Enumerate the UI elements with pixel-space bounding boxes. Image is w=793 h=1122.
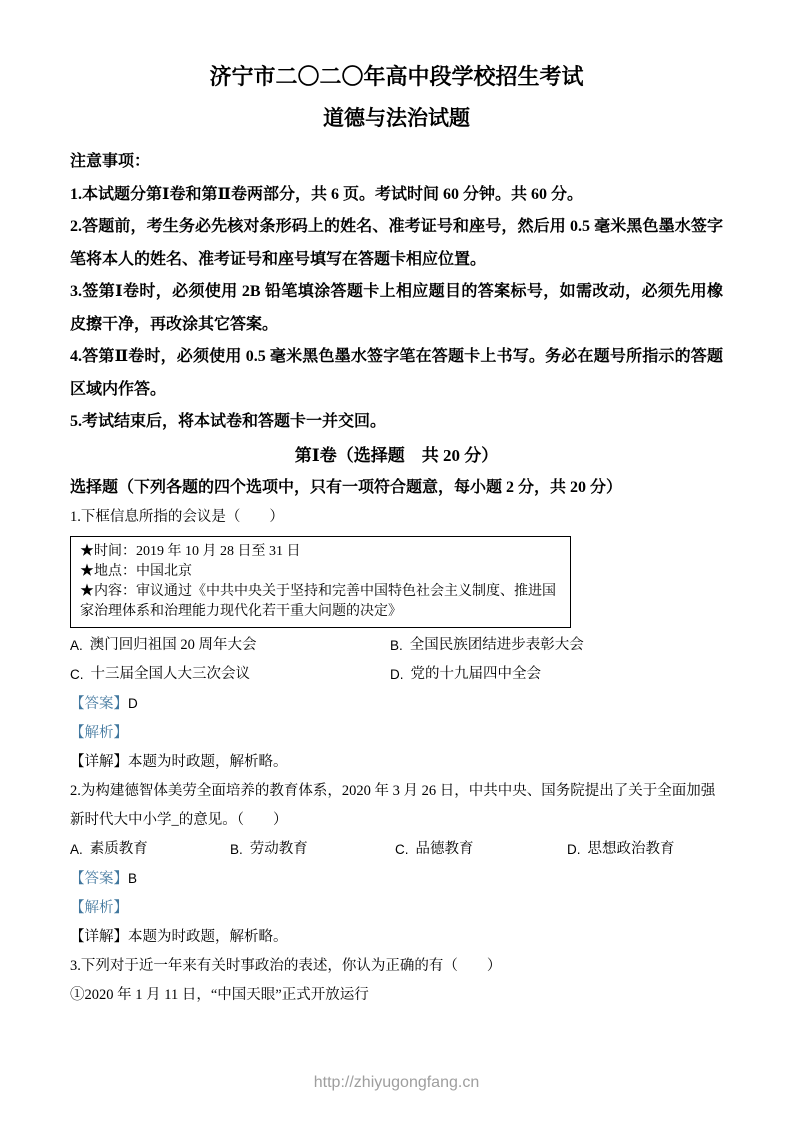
question-2-analysis-line: 【解析】 [70,894,723,923]
option-d: D. 党的十九届四中全会 [390,660,541,689]
answer-value: D [128,696,138,711]
option-a: A. 素质教育 [70,835,230,864]
question-1-analysis-line: 【解析】 [70,719,723,748]
option-b: B. 全国民族团结进步表彰大会 [390,631,584,660]
option-c-text: 品德教育 [416,835,474,864]
option-a-label: A. [70,631,83,660]
option-b-label: B. [390,631,403,660]
notice-item-4: 4.答第Ⅱ卷时，必须使用 0.5 毫米黑色墨水签字笔在答题卡上书写。务必在题号所… [70,341,723,406]
question-1-answer-line: 【答案】D [70,689,723,719]
page-subtitle: 道德与法治试题 [70,104,723,132]
option-b-label: B. [230,835,243,864]
answer-label: 【答案】 [70,871,128,887]
detail-label: 【详解】 [70,754,128,770]
option-d-label: D. [390,660,404,689]
analysis-label: 【解析】 [70,725,128,741]
option-d: D. 思想政治教育 [567,835,675,864]
notice-item-5: 5.考试结束后，将本试卷和答题卡一并交回。 [70,406,723,439]
question-1-options-row-2: C. 十三届全国人大三次会议 D. 党的十九届四中全会 [70,660,723,689]
question-2-detail-line: 【详解】本题为时政题，解析略。 [70,923,723,952]
option-b-text: 劳动教育 [250,835,308,864]
question-2-stem: 2.为构建德智体美劳全面培养的教育体系，2020 年 3 月 26 日，中共中央… [70,777,723,835]
question-1: 1.下框信息所指的会议是（ ） ★时间：2019 年 10 月 28 日至 31… [70,503,723,777]
option-a-text: 素质教育 [90,835,148,864]
option-b: B. 劳动教育 [230,835,395,864]
answer-label: 【答案】 [70,696,128,712]
detail-text: 本题为时政题，解析略。 [128,929,288,945]
detail-text: 本题为时政题，解析略。 [128,754,288,770]
question-1-options-row-1: A. 澳门回归祖国 20 周年大会 B. 全国民族团结进步表彰大会 [70,631,723,660]
question-1-detail-line: 【详解】本题为时政题，解析略。 [70,748,723,777]
question-1-info-box: ★时间：2019 年 10 月 28 日至 31 日 ★地点：中国北京 ★内容：… [70,536,571,628]
analysis-label: 【解析】 [70,900,128,916]
option-c: C. 十三届全国人大三次会议 [70,660,390,689]
answer-value: B [128,871,137,886]
watermark-url: http://zhiyugongfang.cn [0,1074,793,1092]
option-a: A. 澳门回归祖国 20 周年大会 [70,631,390,660]
question-3-item-1: ①2020 年 1 月 11 日，“中国天眼”正式开放运行 [70,981,723,1010]
option-c-label: C. [395,835,409,864]
question-2: 2.为构建德智体美劳全面培养的教育体系，2020 年 3 月 26 日，中共中央… [70,777,723,952]
option-d-text: 思想政治教育 [588,835,675,864]
question-1-stem: 1.下框信息所指的会议是（ ） [70,503,723,532]
exam-document-page: 济宁市二〇二〇年高中段学校招生考试 道德与法治试题 注意事项： 1.本试题分第Ⅰ… [0,0,793,1122]
question-3-stem: 3.下列对于近一年来有关时事政治的表述，你认为正确的有（ ） [70,952,723,981]
notices-section: 注意事项： 1.本试题分第Ⅰ卷和第Ⅱ卷两部分，共 6 页。考试时间 60 分钟。… [70,146,723,439]
question-2-answer-line: 【答案】B [70,864,723,894]
option-d-label: D. [567,835,581,864]
notice-item-3: 3.签第Ⅰ卷时，必须使用 2B 铅笔填涂答题卡上相应题目的答案标号，如需改动，必… [70,276,723,341]
notices-heading: 注意事项： [70,146,723,179]
option-d-text: 党的十九届四中全会 [411,660,542,689]
info-box-line-place: ★地点：中国北京 [80,562,561,582]
detail-label: 【详解】 [70,929,128,945]
section-intro: 选择题（下列各题的四个选项中，只有一项符合题意，每小题 2 分，共 20 分） [70,472,723,503]
option-b-text: 全国民族团结进步表彰大会 [410,631,584,660]
question-3: 3.下列对于近一年来有关时事政治的表述，你认为正确的有（ ） ①2020 年 1… [70,952,723,1010]
option-c: C. 品德教育 [395,835,567,864]
notice-item-2: 2.答题前，考生务必先核对条形码上的姓名、准考证号和座号，然后用 0.5 毫米黑… [70,211,723,276]
question-2-options-row: A. 素质教育 B. 劳动教育 C. 品德教育 D. 思想政治教育 [70,835,723,864]
option-a-text: 澳门回归祖国 20 周年大会 [90,631,257,660]
option-a-label: A. [70,835,83,864]
page-title: 济宁市二〇二〇年高中段学校招生考试 [70,62,723,92]
notice-item-1: 1.本试题分第Ⅰ卷和第Ⅱ卷两部分，共 6 页。考试时间 60 分钟。共 60 分… [70,179,723,212]
info-box-line-time: ★时间：2019 年 10 月 28 日至 31 日 [80,542,561,562]
option-c-label: C. [70,660,84,689]
info-box-line-content: ★内容：审议通过《中共中央关于坚持和完善中国特色社会主义制度、推进国家治理体系和… [80,582,561,622]
section-title: 第Ⅰ卷（选择题 共 20 分） [70,439,723,472]
option-c-text: 十三届全国人大三次会议 [91,660,251,689]
